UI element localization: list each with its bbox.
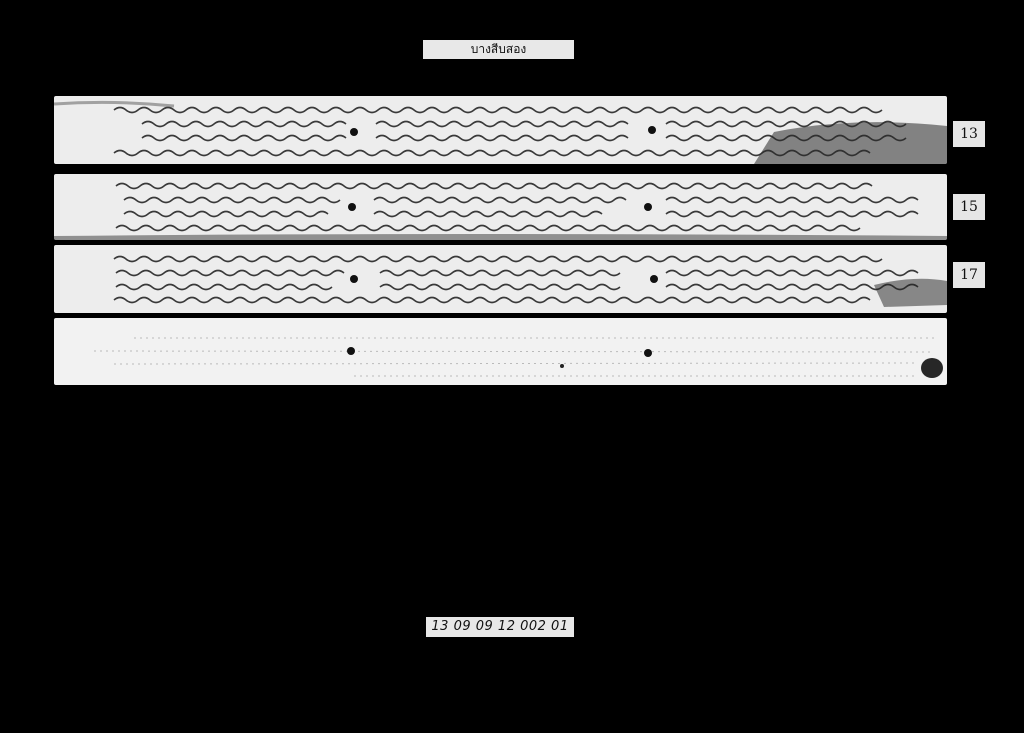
string-hole-icon xyxy=(644,203,652,211)
palm-leaf-2 xyxy=(54,174,947,240)
string-hole-icon xyxy=(644,349,652,357)
string-hole-icon xyxy=(348,203,356,211)
leaf-number-label: 13 xyxy=(953,121,985,147)
manuscript-script-lines xyxy=(54,174,947,240)
leaf-number-label: 17 xyxy=(953,262,985,288)
leaf-texture xyxy=(54,318,947,385)
manuscript-script-lines xyxy=(54,245,947,313)
string-hole-icon xyxy=(648,126,656,134)
palm-leaf-3 xyxy=(54,245,947,313)
manuscript-script-lines xyxy=(54,96,947,164)
palm-leaf-4-blank xyxy=(54,318,947,385)
string-hole-icon xyxy=(350,275,358,283)
string-hole-icon xyxy=(650,275,658,283)
catalog-code-label: 13 09 09 12 002 01 xyxy=(426,617,574,637)
string-hole-icon xyxy=(347,347,355,355)
palm-leaf-1 xyxy=(54,96,947,164)
manuscript-title-label: บางสีบสอง xyxy=(423,40,574,59)
leaf-number-label: 15 xyxy=(953,194,985,220)
string-hole-icon xyxy=(350,128,358,136)
